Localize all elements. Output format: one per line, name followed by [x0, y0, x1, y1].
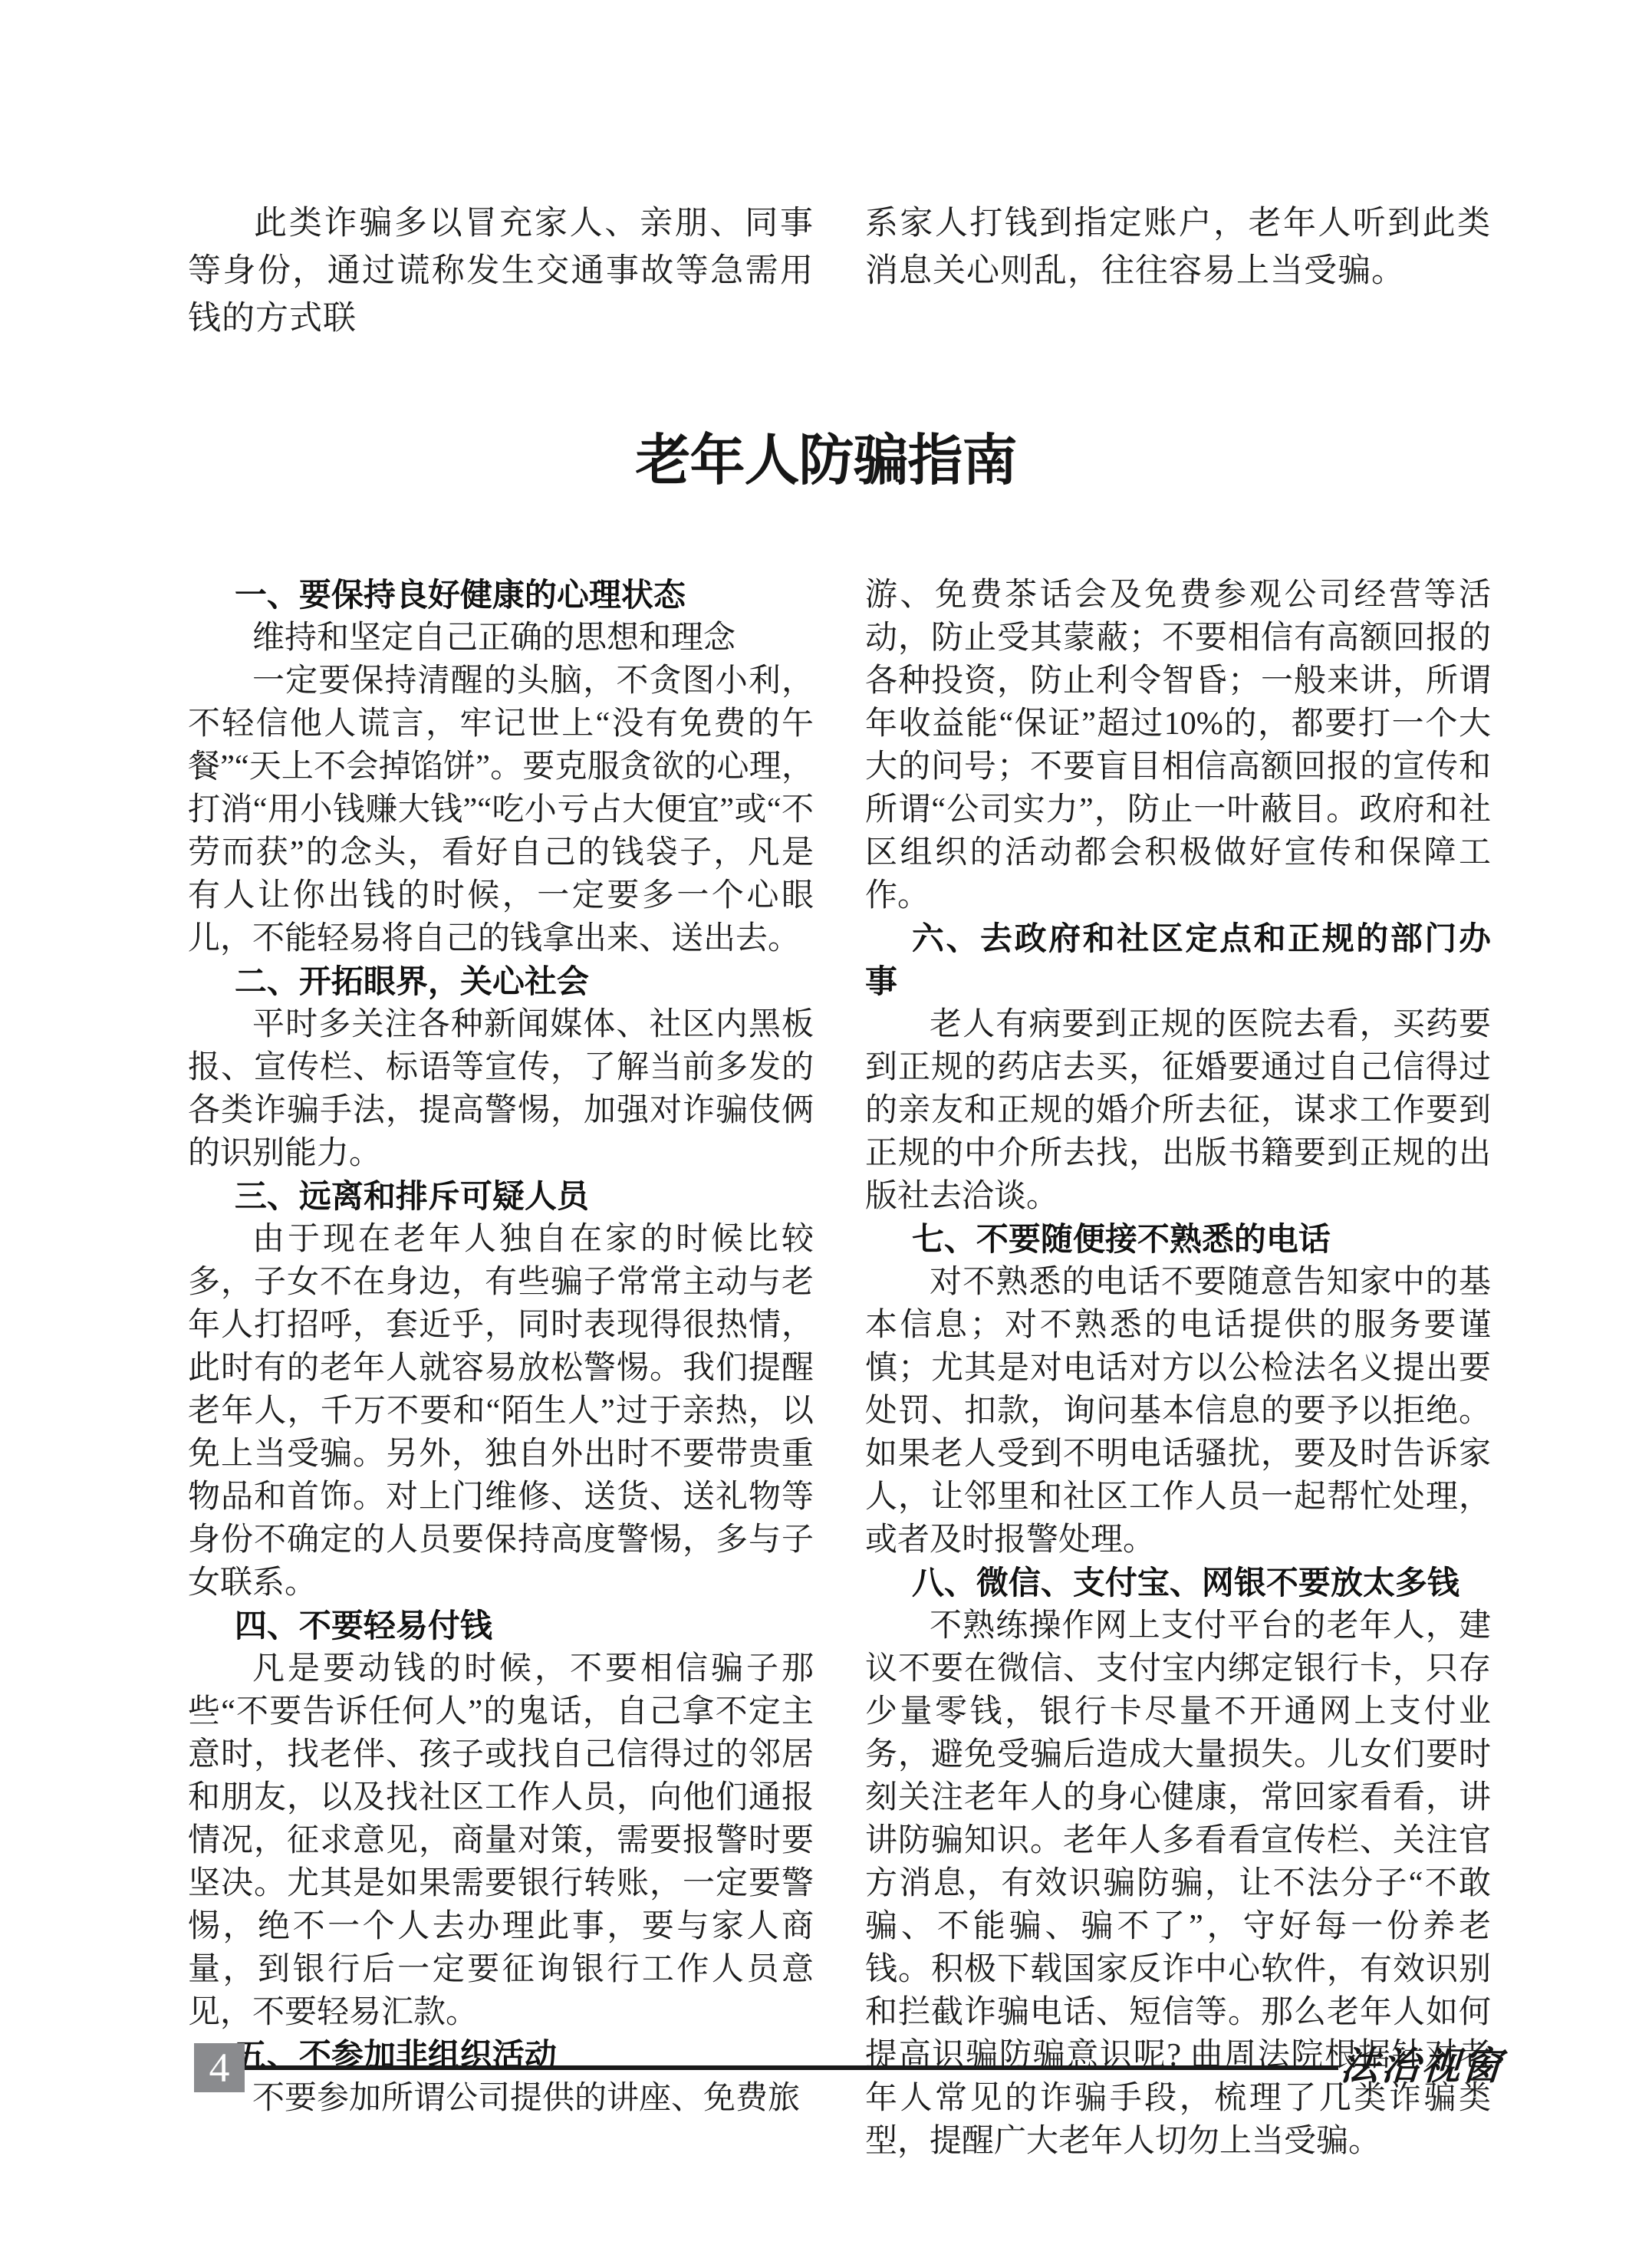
body-paragraph: 不要参加所谓公司提供的讲座、免费旅	[188, 2077, 814, 2120]
footer-brand: 法治视窗	[1338, 2039, 1511, 2094]
section-heading: 一、要保持良好健康的心理状态	[188, 574, 814, 617]
page-number-box: 4	[194, 2043, 245, 2092]
footer-rule	[245, 2065, 1338, 2070]
section-heading: 四、不要轻易付钱	[188, 1604, 814, 1647]
body-paragraph: 老人有病要到正规的医院去看，买药要到正规的药店去买，征婚要通过自己信得过的亲友和…	[865, 1003, 1491, 1218]
body-paragraph: 对不熟悉的电话不要随意告知家中的基本信息；对不熟悉的电话提供的服务要谨慎；尤其是…	[865, 1261, 1491, 1562]
document-page: 此类诈骗多以冒充家人、亲朋、同事等身份，通过谎称发生交通事故等急需用钱的方式联 …	[0, 0, 1652, 2261]
body-paragraph: 维持和坚定自己正确的思想和理念	[188, 617, 814, 660]
section-heading: 六、去政府和社区定点和正规的部门办事	[865, 917, 1491, 1003]
body-paragraph: 由于现在老年人独自在家的时候比较多，子女不在身边，有些骗子常常主动与老年人打招呼…	[188, 1218, 814, 1604]
section-heading: 二、开拓眼界，关心社会	[188, 960, 814, 1003]
right-column: 游、免费茶话会及免费参观公司经营等活动，防止受其蒙蔽；不要相信有高额回报的各种投…	[865, 574, 1491, 2163]
page-number: 4	[209, 2045, 230, 2091]
section-heading: 七、不要随便接不熟悉的电话	[865, 1218, 1491, 1261]
top-right-paragraph: 系家人打钱到指定账户，老年人听到此类消息关心则乱，往往容易上当受骗。	[865, 200, 1491, 295]
section-heading: 八、微信、支付宝、网银不要放太多钱	[865, 1562, 1491, 1604]
body-paragraph: 游、免费茶话会及免费参观公司经营等活动，防止受其蒙蔽；不要相信有高额回报的各种投…	[865, 574, 1491, 917]
body-paragraph: 凡是要动钱的时候，不要相信骗子那些“不要告诉任何人”的鬼话，自己拿不定主意时，找…	[188, 1647, 814, 2034]
top-left-paragraph: 此类诈骗多以冒充家人、亲朋、同事等身份，通过谎称发生交通事故等急需用钱的方式联	[188, 200, 814, 343]
section-heading: 三、远离和排斥可疑人员	[188, 1175, 814, 1218]
body-paragraph: 平时多关注各种新闻媒体、社区内黑板报、宣传栏、标语等宣传，了解当前多发的各类诈骗…	[188, 1003, 814, 1175]
body-paragraph: 一定要保持清醒的头脑，不贪图小利，不轻信他人谎言，牢记世上“没有免费的午餐”“天…	[188, 660, 814, 960]
left-column: 一、要保持良好健康的心理状态维持和坚定自己正确的思想和理念一定要保持清醒的头脑，…	[188, 574, 814, 2120]
article-title: 老年人防骗指南	[0, 426, 1652, 495]
section-heading: 五、不参加非组织活动	[188, 2034, 814, 2077]
